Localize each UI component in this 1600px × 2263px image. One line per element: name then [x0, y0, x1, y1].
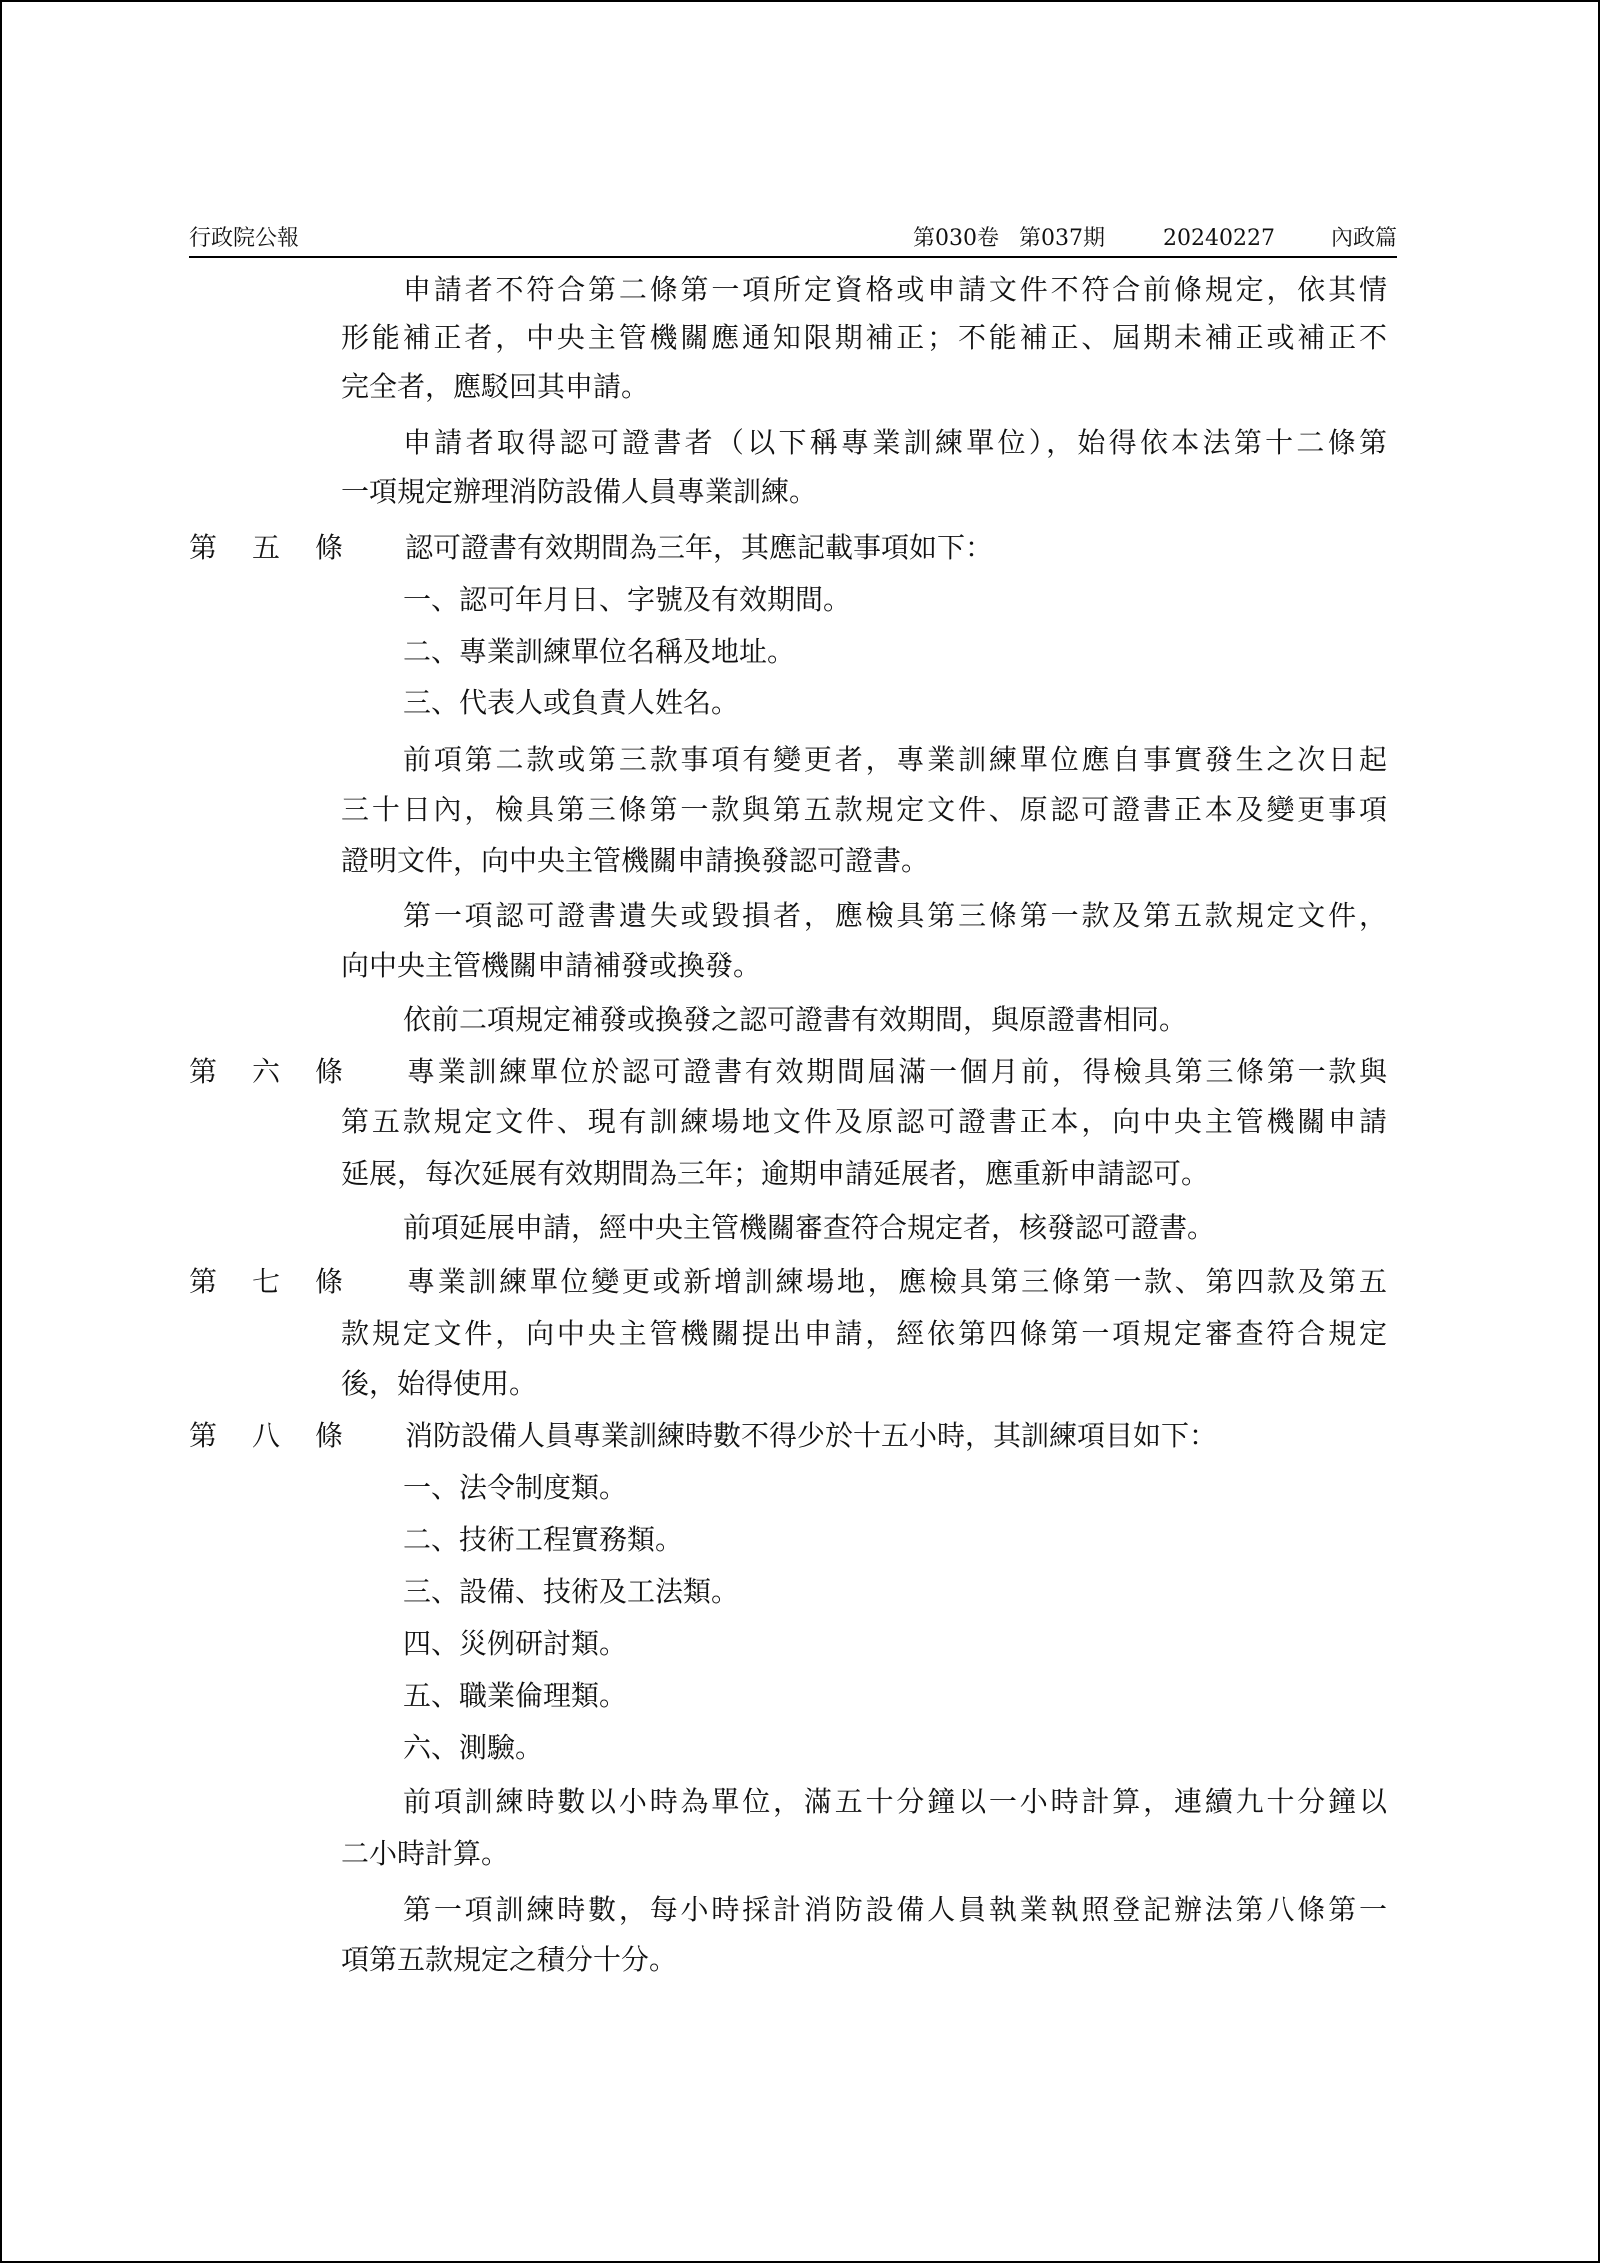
list-item: 三、代表人或負責人姓名。 — [403, 683, 739, 723]
list-item: 一、認可年月日、字號及有效期間。 — [403, 580, 851, 620]
volume-number: 第030卷 — [913, 224, 999, 254]
paragraph-line: 向中央主管機關申請補發或換發。 — [341, 946, 761, 986]
paragraph-line: 證明文件，向中央主管機關申請換發認可證書。 — [341, 841, 929, 881]
article-label: 第 七 條 — [189, 1262, 343, 1302]
article-intro: 消防設備人員專業訓練時數不得少於十五小時，其訓練項目如下： — [405, 1416, 1217, 1456]
article-label: 第 五 條 — [189, 528, 343, 568]
publication-title: 行政院公報 — [189, 224, 299, 254]
paragraph-line: 款規定文件，向中央主管機關提出申請，經依第四條第一項規定審查符合規定 — [341, 1314, 1387, 1354]
list-item: 五、職業倫理類。 — [403, 1676, 627, 1716]
article-label: 第 六 條 — [189, 1052, 343, 1092]
paragraph-line: 三十日內，檢具第三條第一款與第五款規定文件、原認可證書正本及變更事項 — [341, 790, 1387, 830]
paragraph-line: 完全者，應駁回其申請。 — [341, 367, 649, 407]
paragraph-line: 後，始得使用。 — [341, 1364, 537, 1404]
paragraph-line: 第五款規定文件、現有訓練場地文件及原認可證書正本，向中央主管機關申請 — [341, 1102, 1387, 1142]
list-item: 四、災例研討類。 — [403, 1624, 627, 1664]
paragraph-line: 前項延展申請，經中央主管機關審查符合規定者，核發認可證書。 — [403, 1208, 1215, 1248]
header-rule — [189, 256, 1397, 258]
paragraph-line: 二小時計算。 — [341, 1834, 509, 1874]
paragraph-line: 前項第二款或第三款事項有變更者，專業訓練單位應自事實發生之次日起 — [403, 740, 1387, 780]
paragraph-line: 第一項訓練時數，每小時採計消防設備人員執業執照登記辦法第八條第一 — [403, 1890, 1387, 1930]
list-item: 六、測驗。 — [403, 1728, 543, 1768]
paragraph-line: 項第五款規定之積分十分。 — [341, 1940, 677, 1980]
paragraph-line: 形能補正者，中央主管機關應通知限期補正；不能補正、屆期未補正或補正不 — [341, 318, 1387, 358]
issue-info: 第030卷 第037期 20240227 內政篇 — [913, 224, 1397, 254]
page-header: 行政院公報 第030卷 第037期 20240227 內政篇 — [189, 224, 1397, 256]
paragraph-line: 依前二項規定補發或換發之認可證書有效期間，與原證書相同。 — [403, 1000, 1187, 1040]
paragraph-line: 延展，每次延展有效期間為三年；逾期申請延展者，應重新申請認可。 — [341, 1154, 1209, 1194]
paragraph-line: 第一項認可證書遺失或毀損者，應檢具第三條第一款及第五款規定文件， — [403, 896, 1387, 936]
paragraph-line: 專業訓練單位變更或新增訓練場地，應檢具第三條第一款、第四款及第五 — [407, 1262, 1387, 1302]
publication-date: 20240227 — [1163, 224, 1275, 254]
issue-number: 第037期 — [1019, 224, 1105, 254]
list-item: 三、設備、技術及工法類。 — [403, 1572, 739, 1612]
paragraph-line: 申請者不符合第二條第一項所定資格或申請文件不符合前條規定，依其情 — [403, 270, 1387, 310]
paragraph-line: 專業訓練單位於認可證書有效期間屆滿一個月前，得檢具第三條第一款與 — [407, 1052, 1387, 1092]
section-name: 內政篇 — [1331, 224, 1397, 254]
article-label: 第 八 條 — [189, 1416, 343, 1456]
paragraph-line: 一項規定辦理消防設備人員專業訓練。 — [341, 472, 817, 512]
list-item: 一、法令制度類。 — [403, 1468, 627, 1508]
paragraph-line: 前項訓練時數以小時為單位，滿五十分鐘以一小時計算，連續九十分鐘以 — [403, 1782, 1387, 1822]
list-item: 二、技術工程實務類。 — [403, 1520, 683, 1560]
list-item: 二、專業訓練單位名稱及地址。 — [403, 632, 795, 672]
paragraph-line: 申請者取得認可證書者（以下稱專業訓練單位），始得依本法第十二條第 — [403, 423, 1387, 463]
article-intro: 認可證書有效期間為三年，其應記載事項如下： — [405, 528, 993, 568]
